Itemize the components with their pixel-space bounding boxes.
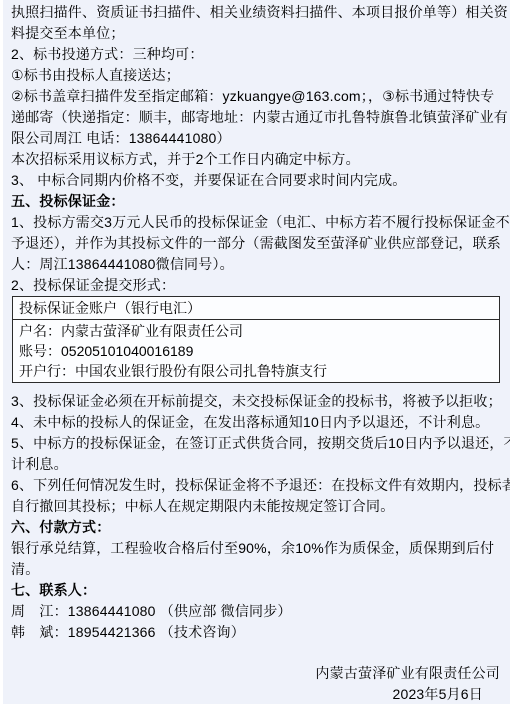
- text-line: 6、下列任何情况发生时，投标保证金将不予退还：在投标文件有效期内，投标者: [3, 475, 510, 496]
- section-heading-contacts: 七、联系人：: [3, 580, 510, 601]
- text-line: 3、 中标合同期内价格不变，并要保证在合同要求时间内完成。: [3, 170, 510, 191]
- contact-line-han-bin: 韩 斌：18954421366 （技术咨询）: [3, 622, 510, 643]
- text-line: 3、投标保证金必须在开标前提交，未交投标保证金的投标书，将被予以拒收；: [3, 391, 510, 412]
- text-line: 予退还），并作为其投标文件的一部分（需截图发至萤泽矿业供应部登记，联系: [3, 233, 510, 254]
- footer-company-name: 内蒙古萤泽矿业有限责任公司: [3, 663, 510, 684]
- deposit-account-table: 投标保证金账户（银行电汇） 户名：内蒙古萤泽矿业有限责任公司 账号：052051…: [12, 296, 500, 383]
- text-line: 执照扫描件、资质证书扫描件、相关业绩资料扫描件、本项目报价单等）相关资: [3, 2, 510, 23]
- text-line: 2、标书投递方式：三种均可：: [3, 44, 510, 65]
- text-line: 本次招标采用议标方式，并于2个工作日内确定中标方。: [3, 149, 510, 170]
- text-line: 清。: [3, 559, 510, 580]
- signature-block: 内蒙古萤泽矿业有限责任公司 2023年5月6日: [3, 663, 510, 704]
- text-line: ②标书盖章扫描件发至指定邮箱：yzkuangye@163.com；，③标书通过特…: [3, 86, 510, 107]
- text-line: 递邮寄（快递指定：顺丰，邮寄地址：内蒙古通辽市扎鲁特旗鲁北镇萤泽矿业有: [3, 107, 510, 128]
- table-body: 户名：内蒙古萤泽矿业有限责任公司 账号：05205101040016189 开户…: [13, 320, 499, 382]
- section-heading-bid-deposit: 五、投标保证金：: [3, 191, 510, 212]
- table-row-bank-branch: 开户行：中国农业银行股份有限公司扎鲁特旗支行: [13, 361, 499, 381]
- text-line: 2、投标保证金提交形式：: [3, 275, 510, 296]
- table-row-account-number: 账号：05205101040016189: [13, 341, 499, 361]
- footer-date: 2023年5月6日: [3, 684, 510, 704]
- text-line: 人：周江13864441080微信同号）。: [3, 254, 510, 275]
- text-line: 4、未中标的投标人的保证金，在发出落标通知10日内予以退还，不计利息。: [3, 412, 510, 433]
- text-line: 料提交至本单位；: [3, 23, 510, 44]
- text-line: ①标书由投标人直接送达；: [3, 65, 510, 86]
- section-heading-payment: 六、付款方式：: [3, 517, 510, 538]
- text-line: 计利息。: [3, 454, 510, 475]
- contact-line-zhou-jiang: 周 江：13864441080 （供应部 微信同步）: [3, 601, 510, 622]
- text-line: 限公司周江 电话：13864441080）: [3, 128, 510, 149]
- text-line: 5、中标方的投标保证金，在签订正式供货合同，按期交货后10日内予以退还，不: [3, 433, 510, 454]
- deposit-terms-block: 3、投标保证金必须在开标前提交，未交投标保证金的投标书，将被予以拒收； 4、未中…: [3, 391, 510, 517]
- document-page: 执照扫描件、资质证书扫描件、相关业绩资料扫描件、本项目报价单等）相关资 料提交至…: [3, 0, 510, 704]
- text-line: 银行承兑结算，工程验收合格后付至90%，余10%作为质保金，质保期到后付: [3, 538, 510, 559]
- text-line: 自行撤回其投标；中标人在规定期限内未能按规定签订合同。: [3, 496, 510, 517]
- table-header-cell: 投标保证金账户（银行电汇）: [13, 297, 499, 320]
- table-row-account-name: 户名：内蒙古萤泽矿业有限责任公司: [13, 321, 499, 341]
- text-line: 1、投标方需交3万元人民币的投标保证金（电汇、中标方若不履行投标保证金不: [3, 212, 510, 233]
